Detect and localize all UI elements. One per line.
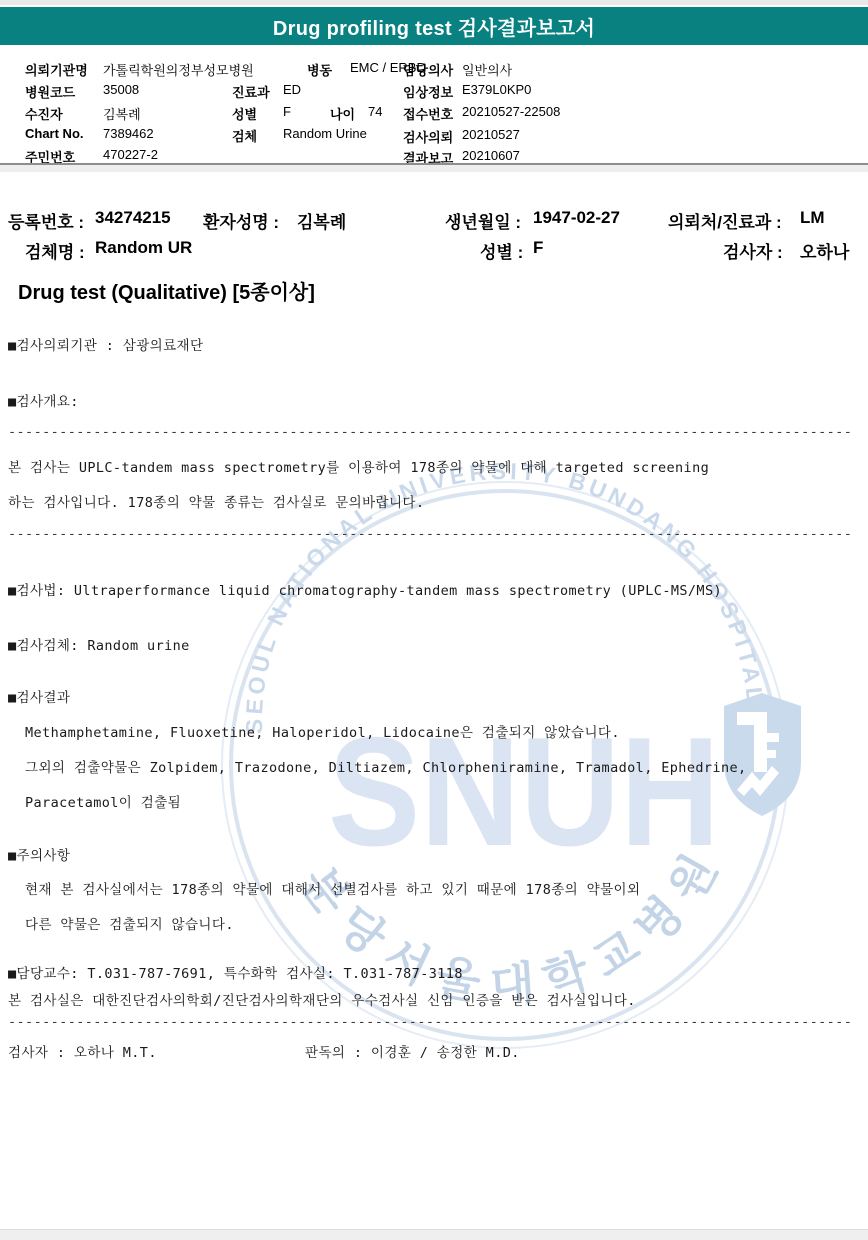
value-attending-doctor: 일반의사 <box>462 60 512 79</box>
header-divider-strip <box>0 165 868 172</box>
value-department: ED <box>283 82 301 97</box>
label-referral-dept: 의뢰처/진료과 : <box>668 208 782 233</box>
label-specimen-name: 검체명 : <box>25 238 85 263</box>
section-contact: ■담당교수: T.031-787-7691, 특수화학 검사실: T.031-7… <box>8 962 463 982</box>
accreditation-line: 본 검사실은 대한진단검사의학회/진단검사의학재단의 우수검사실 신임 인증을 … <box>8 989 636 1009</box>
label-specimen-type: 검체 <box>232 126 257 145</box>
label-requesting-org: 의뢰기관명 <box>25 60 88 79</box>
overview-line-2: 하는 검사입니다. 178종의 약물 종류는 검사실로 문의바랍니다. <box>8 491 424 511</box>
caution-line-2: 다른 약물은 검출되지 않습니다. <box>25 913 234 933</box>
value-accession-no: 20210527-22508 <box>462 104 560 119</box>
label-birth-date: 생년월일 : <box>445 208 521 233</box>
value-chart-no: 7389462 <box>103 126 154 141</box>
value-specimen-name: Random UR <box>95 238 192 258</box>
value-report-date: 20210607 <box>462 148 520 163</box>
value-request-date: 20210527 <box>462 127 520 142</box>
section-overview-heading: ■검사개요: <box>8 390 79 410</box>
footer-examiner: 검사자 : 오하나 M.T. <box>8 1041 157 1061</box>
label-attending-doctor: 담당의사 <box>403 60 453 79</box>
label-patient: 수진자 <box>25 104 63 123</box>
label-patient-name: 환자성명 : <box>203 208 279 233</box>
label-department: 진료과 <box>232 82 270 101</box>
section-specimen: ■검사검체: Random urine <box>8 634 190 654</box>
value-registration-no: 34274215 <box>95 208 171 228</box>
value-birth-date: 1947-02-27 <box>533 208 620 228</box>
divider-dashes-3: ----------------------------------------… <box>8 1014 850 1030</box>
caution-line-1: 현재 본 검사실에서는 178종의 약물에 대해서 선별검사를 하고 있기 때문… <box>25 878 640 898</box>
value-examiner: 오하나 <box>800 238 849 263</box>
report-title: Drug profiling test 검사결과보고서 <box>273 12 595 41</box>
section-caution-heading: ■주의사항 <box>8 844 70 864</box>
result-line-2: 그외의 검출약물은 Zolpidem, Trazodone, Diltiazem… <box>25 756 747 776</box>
value-referral-dept: LM <box>800 208 825 228</box>
section-request-org: ■검사의뢰기관 : 삼광의료재단 <box>8 334 203 354</box>
value-clinical-info: E379L0KP0 <box>462 82 531 97</box>
value-specimen-type: Random Urine <box>283 126 367 141</box>
footer-reader: 판독의 : 이경훈 / 송정한 M.D. <box>305 1041 520 1061</box>
svg-text:분당서울대학교병원: 분당서울대학교병원 <box>291 834 733 1012</box>
section-result-heading: ■검사결과 <box>8 686 70 706</box>
result-line-1: Methamphetamine, Fluoxetine, Haloperidol… <box>25 721 620 741</box>
value-requesting-org: 가톨릭학원의정부성모병원 <box>103 60 254 79</box>
value-sex: F <box>283 104 291 119</box>
value-sex-reg: F <box>533 238 543 258</box>
label-sex: 성별 <box>232 104 257 123</box>
test-name-title: Drug test (Qualitative) [5종이상] <box>18 276 315 305</box>
bottom-page-strip <box>0 1229 868 1240</box>
result-line-3: Paracetamol이 검출됨 <box>25 791 181 811</box>
top-page-strip <box>0 0 868 6</box>
label-ward: 병동 <box>307 60 332 79</box>
label-chart-no: Chart No. <box>25 126 84 141</box>
label-hospital-code: 병원코드 <box>25 82 75 101</box>
label-accession-no: 접수번호 <box>403 104 453 123</box>
section-method: ■검사법: Ultraperformance liquid chromatogr… <box>8 579 722 599</box>
divider-dashes-2: ----------------------------------------… <box>8 526 850 542</box>
report-title-bar: Drug profiling test 검사결과보고서 <box>0 7 868 45</box>
value-patient: 김복례 <box>103 104 141 123</box>
label-registration-no: 등록번호 : <box>8 208 84 233</box>
value-age: 74 <box>368 104 382 119</box>
label-clinical-info: 임상정보 <box>403 82 453 101</box>
label-age: 나이 <box>330 104 355 123</box>
divider-dashes-1: ----------------------------------------… <box>8 424 850 440</box>
value-resident-no: 470227-2 <box>103 147 158 162</box>
overview-line-1: 본 검사는 UPLC-tandem mass spectrometry를 이용하… <box>8 456 709 476</box>
seal-shield-icon <box>724 693 801 816</box>
label-examiner: 검사자 : <box>723 238 783 263</box>
label-sex-reg: 성별 : <box>480 238 523 263</box>
label-request-date: 검사의뢰 <box>403 127 453 146</box>
seal-ring-text-korean: 분당서울대학교병원 <box>291 834 733 1012</box>
value-patient-name: 김복례 <box>297 208 346 233</box>
value-hospital-code: 35008 <box>103 82 139 97</box>
